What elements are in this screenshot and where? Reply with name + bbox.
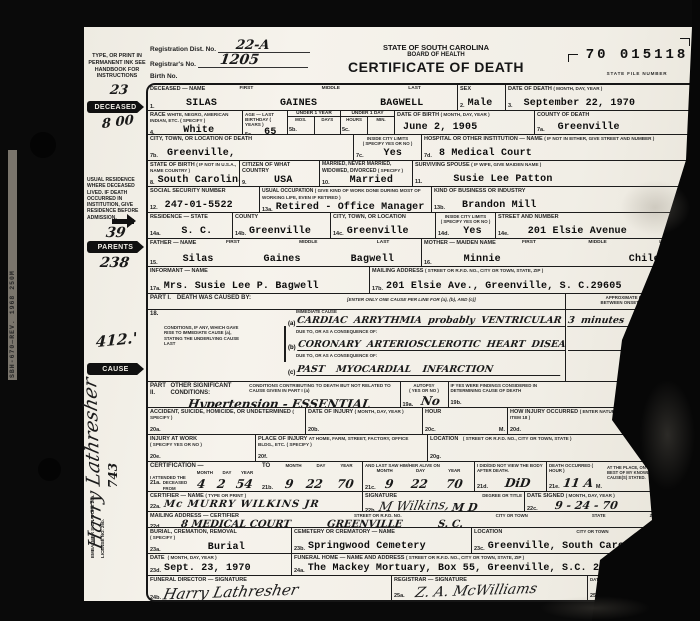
field-occupation: USUAL OCCUPATION ( GIVE KIND OF WORK DON… — [260, 187, 432, 212]
part1-header: PART I. DEATH WAS CAUSED BY: [ENTER ONLY… — [148, 294, 565, 309]
injury-location-sub: ( STREET OR R.F.D. NO., CITY OR TOWN, ST… — [463, 436, 572, 441]
field-cemetery: CEMETERY OR CREMATORY — NAME 23b.Springw… — [292, 528, 472, 553]
film-edge-code: SBH-670—REV. 1968 250M — [8, 150, 17, 380]
field-num: 10. — [322, 180, 330, 186]
occupation-label: USUAL OCCUPATION — [262, 188, 313, 194]
field-burial-type: BURIAL, CREMATION, REMOVAL( SPECIFY ) 23… — [148, 528, 292, 553]
license-number-label: LICENSE NO. 26b. — [100, 500, 105, 558]
to-label: TO — [262, 463, 278, 470]
punch-hole-icon — [30, 132, 56, 158]
autopsy-label: AUTOPSY — [413, 383, 434, 388]
hospital-sub: ( IF NOT IN EITHER, GIVE STREET AND NUMB… — [544, 136, 654, 141]
accident-label: ACCIDENT, SUICIDE, HOMICIDE, OR UNDETERM… — [150, 409, 291, 415]
certification-heading: CERTIFICATION — — [150, 463, 258, 470]
field-under-1-day: UNDER 1 DAY HOURS5c. MIN. — [341, 111, 395, 134]
degree-value: M D — [451, 501, 478, 511]
field-marital-status: MARRIED, NEVER MARRIED, WIDOWED, DIVORCE… — [320, 161, 413, 186]
residence-limits-sub: ( SPECIFY YES OR NO ) — [441, 219, 491, 224]
field-autopsy: AUTOPSY( YES OR NO ) 19a.No — [401, 382, 449, 407]
attended-label-2: DECEASED FROM — [163, 480, 192, 491]
dob-value: June 2, 1905 — [403, 122, 477, 133]
funeral-home-label: FUNERAL HOME — NAME AND ADDRESS — [294, 555, 404, 561]
race-value: White — [183, 125, 214, 134]
cemetery-value: Springwood Cemetery — [308, 541, 426, 552]
field-num: 22a. — [150, 504, 161, 510]
last-saw-year: 70 — [445, 477, 464, 491]
row-parents: FATHER — NAME FIRST MIDDLE LAST 15. Sila… — [148, 239, 700, 267]
field-injury-date: DATE OF INJURY ( MONTH, DAY, YEAR ) 20b. — [306, 408, 423, 434]
cause-line-a: (a) CARDIAC ARRYTHMIA probably VENTRICUL… — [288, 313, 561, 327]
field-attended-to: TO 21b. MONTHDAYYEAR 9 22 70 — [260, 462, 363, 491]
field-num: 4. — [150, 130, 155, 134]
field-num: 25a. — [394, 593, 405, 599]
death-occurred-value: 11 A — [562, 476, 594, 490]
certificate-sheet: TYPE, OR PRINT IN PERMANENT INK SEE HAND… — [84, 27, 700, 601]
row-race-age-birth: RACE WHITE, NEGRO, AMERICAN INDIAN, ETC.… — [148, 111, 700, 135]
certifier-signature-value: M Wilkins, — [377, 498, 451, 511]
deceased-last: BAGWELL — [380, 98, 423, 109]
autopsy-value: No — [420, 394, 441, 407]
mailing-label: MAILING ADDRESS — [372, 268, 423, 274]
field-num: 22d. — [150, 524, 161, 527]
registrar-number-value: 1205 — [219, 52, 260, 68]
burial-date-sub: ( MONTH, DAY, YEAR ) — [168, 555, 217, 560]
margin-handwritten-39: 39 — [105, 225, 127, 241]
field-num: 16. — [424, 260, 432, 266]
hospital-value: 8 Medical Court — [439, 148, 532, 159]
injury-date-label: DATE OF INJURY — [308, 409, 353, 415]
cause-conditions-column: 18. CONDITIONS, IF ANY, WHICH GAVE RISE … — [148, 310, 286, 381]
days-label: DAYS — [321, 117, 333, 122]
deceased-tab: DECEASED — [87, 101, 144, 113]
field-residence-city: CITY, TOWN, OR LOCATION 14c.Greenville — [331, 213, 436, 238]
spouse-sub: ( IF WIFE, GIVE MAIDEN NAME ) — [471, 162, 541, 167]
row-ssn-occupation: SOCIAL SECURITY NUMBER 12.247-01-5522 US… — [148, 187, 700, 213]
father-middle: Gaines — [264, 254, 301, 265]
row-deceased-name: DECEASED — NAME FIRST MIDDLE LAST 1. SIL… — [148, 85, 700, 111]
deceased-first: SILAS — [186, 98, 217, 109]
row-part1-header: PART I. DEATH WAS CAUSED BY: [ENTER ONLY… — [148, 294, 700, 310]
birth-number-label: Birth No. — [150, 73, 177, 80]
burial-date-value: Sept. 23, 1970 — [164, 563, 251, 574]
father-first: Silas — [183, 254, 214, 265]
state-of-birth-value: South Carolina — [158, 175, 240, 186]
certifier-mailing-state: S. C. — [437, 519, 464, 527]
field-father-name: FATHER — NAME FIRST MIDDLE LAST 15. Sila… — [148, 239, 422, 266]
spouse-value: Susie Lee Patton — [453, 174, 552, 185]
field-num: 5a. — [245, 132, 253, 134]
cause-c-value: PAST MYOCARDIAL INFARCTION — [297, 364, 562, 376]
field-num: 21e. — [549, 484, 560, 490]
attended-to-year: 70 — [336, 477, 355, 491]
mailing-sub: ( STREET OR R.F.D. NO., CITY OR TOWN, ST… — [425, 268, 543, 273]
field-num: 21c. — [365, 485, 376, 491]
marital-value: Married — [350, 175, 393, 186]
residence-street-value: 201 Elsie Avenue — [528, 226, 627, 237]
field-num: 14d. — [438, 231, 449, 237]
field-num: 20c. — [425, 427, 436, 433]
field-citizen: CITIZEN OF WHAT COUNTRY 9.USA — [240, 161, 320, 186]
margin-handwritten-800: 8 00 — [102, 113, 134, 132]
field-num: 23d. — [150, 568, 161, 574]
death-certificate-form: DECEASED — NAME FIRST MIDDLE LAST 1. SIL… — [146, 83, 700, 602]
residence-city-value: Greenville — [347, 226, 409, 237]
field-injury-hour: HOUR 20c.M. — [423, 408, 508, 434]
age-label: AGE — LAST BIRTHDAY ( YEARS ) — [245, 112, 285, 127]
cause-line-c: (c) PAST MYOCARDIAL INFARCTION — [288, 362, 561, 376]
field-num: 14e. — [498, 231, 509, 237]
mother-first: Minnie — [464, 254, 501, 265]
field-num: 14c. — [333, 231, 344, 237]
occupation-value: Retired - Office Manager — [276, 202, 425, 213]
field-num: 13a. — [262, 207, 273, 213]
industry-value: Brandon Mill — [462, 200, 536, 211]
mos-label: MOS. — [295, 117, 306, 122]
field-surviving-spouse: SURVIVING SPOUSE ( IF WIFE, GIVE MAIDEN … — [413, 161, 700, 186]
field-num: 9. — [242, 180, 247, 186]
certifier-name-sub: ( TYPE OR PRINT ) — [205, 493, 246, 498]
attended-to-month: 9 — [284, 477, 294, 491]
registration-district-value: 22-A — [235, 38, 271, 53]
attended-from-day: 2 — [216, 477, 226, 491]
field-industry: KIND OF BUSINESS OR INDUSTRY 13b.Brandon… — [432, 187, 700, 212]
county-value: Greenville — [558, 122, 620, 133]
field-num: 14a. — [150, 231, 161, 237]
burial-type-label: BURIAL, CREMATION, REMOVAL — [150, 529, 237, 535]
field-place-of-injury: PLACE OF INJURY AT HOME, FARM, STREET, F… — [256, 435, 428, 461]
margin-handwritten-238: 238 — [99, 255, 130, 271]
dod-value: September 22, 1970 — [524, 98, 636, 109]
field-num: 20e. — [150, 454, 161, 460]
print-instructions: TYPE, OR PRINT IN PERMANENT INK SEE HAND… — [88, 53, 146, 80]
field-ssn: SOCIAL SECURITY NUMBER 12.247-01-5522 — [148, 187, 260, 212]
part2-title: OTHER SIGNIFICANT CONDITIONS: — [170, 383, 245, 397]
field-num: 24a. — [294, 568, 305, 574]
registrar-number-label: Registrar's No. — [150, 61, 196, 68]
attended-to-day: 22 — [305, 477, 324, 491]
field-certifier-mailing: MAILING ADDRESS — CERTIFIER STREET OR R.… — [148, 512, 700, 527]
burial-type-value: Burial — [208, 542, 245, 553]
how-injury-label: HOW INJURY OCCURRED — [510, 409, 578, 415]
registration-district-label: Registration Dist. No. — [150, 46, 216, 53]
funeral-director-value: Harry Lathresher — [162, 581, 301, 600]
field-num: 20a. — [150, 427, 161, 433]
field-residence-state: RESIDENCE — STATE 14a.S. C. — [148, 213, 233, 238]
deceased-middle: GAINES — [280, 98, 317, 109]
certifier-mailing-street: 8 MEDICAL COURT — [180, 519, 291, 527]
row-certifier: CERTIFIER — NAME ( TYPE OR PRINT ) 22a.M… — [148, 492, 700, 512]
spouse-label: SURVIVING SPOUSE — [415, 162, 470, 168]
age-value: 65 — [264, 127, 276, 134]
part2-note: CONDITIONS CONTRIBUTING TO DEATH BUT NOT… — [249, 383, 397, 393]
title-state: STATE OF SOUTH CAROLINA — [336, 43, 536, 52]
certifier-mailing-city: GREENVILLE — [326, 519, 403, 527]
hour-m-label: M. — [499, 427, 505, 433]
mailing-value: 201 Elsie Ave., Greenville, S. C.29605 — [386, 281, 622, 292]
viewed-body-label: I DID/DID NOT VIEW THE BODY AFTER DEATH. — [477, 463, 544, 474]
viewed-body-value: DiD — [504, 476, 531, 490]
limits-sub: ( SPECIFY YES OR NO ) — [363, 141, 413, 146]
field-sex: SEX 2.Male — [458, 85, 506, 110]
field-num: 5b. — [288, 127, 314, 134]
informant-value: Mrs. Susie Lee P. Bagwell — [164, 281, 319, 292]
injury-location-label: LOCATION — [430, 436, 458, 442]
field-num: 7d. — [424, 153, 432, 159]
field-attended-from: CERTIFICATION — I ATTENDED THE 21a.DECEA… — [148, 462, 260, 491]
parents-tab: PARENTS — [87, 241, 144, 253]
field-num: 12. — [150, 205, 158, 211]
burial-type-sub: ( SPECIFY ) — [150, 535, 175, 540]
field-registrar-signature: REGISTRAR — SIGNATURE 25a.Z. A. McWillia… — [392, 576, 588, 600]
limits-label: INSIDE CITY LIMITS — [367, 136, 408, 141]
embalmer-license-value: 743 — [106, 438, 120, 488]
funeral-home-sub: ( STREET OR R.F.D. NO., CITY OR TOWN, ST… — [406, 555, 524, 560]
due-to-label: DUE TO, OR AS A CONSEQUENCE OF: — [296, 329, 377, 334]
field-num: 7b. — [150, 153, 158, 159]
crop-mark-right-icon — [680, 38, 690, 46]
field-certifier-name: CERTIFIER — NAME ( TYPE OR PRINT ) 22a.M… — [148, 492, 363, 511]
row-cause-of-death: 18. CONDITIONS, IF ANY, WHICH GAVE RISE … — [148, 310, 700, 382]
field-date-of-birth: DATE OF BIRTH ( MONTH, DAY, YEAR ) June … — [395, 111, 535, 134]
title-board: BOARD OF HEALTH — [336, 52, 536, 58]
state-file-number-caption: STATE FILE NUMBER — [552, 71, 700, 76]
field-num: 15. — [150, 260, 158, 266]
row-informant: INFORMANT — NAME 17a.Mrs. Susie Lee P. B… — [148, 267, 700, 294]
field-num: 17a. — [150, 286, 161, 292]
field-inside-city-limits: INSIDE CITY LIMITS( SPECIFY YES OR NO ) … — [354, 135, 422, 160]
field-num: 24b. — [150, 595, 161, 600]
row-place-of-death: CITY, TOWN, OR LOCATION OF DEATH 7b.Gree… — [148, 135, 700, 161]
funeral-home-value: The Mackey Mortuary, Box 55, Greenville,… — [308, 563, 624, 574]
attended-from-month: 4 — [196, 477, 206, 491]
registrar-value: Z. A. McWilliams — [414, 581, 539, 600]
injury-at-work-label: INJURY AT WORK — [150, 436, 197, 442]
citizen-value: USA — [274, 175, 293, 186]
dod-label: DATE OF DEATH — [508, 86, 552, 92]
title-main: CERTIFICATE OF DEATH — [336, 59, 536, 75]
field-num: 5c. — [341, 127, 367, 134]
field-deceased-name: DECEASED — NAME FIRST MIDDLE LAST 1. SIL… — [148, 85, 458, 110]
row-certification: CERTIFICATION — I ATTENDED THE 21a.DECEA… — [148, 462, 700, 492]
field-county-of-death: COUNTY OF DEATH 7a.Greenville — [535, 111, 700, 134]
hour-m-label: M. — [596, 484, 602, 490]
field-num: 20d. — [510, 427, 521, 433]
attended-from-year: 54 — [235, 477, 254, 491]
row-residence: RESIDENCE — STATE 14a.S. C. COUNTY 14b.G… — [148, 213, 700, 239]
field-num: 2. — [460, 103, 465, 109]
field-race: RACE WHITE, NEGRO, AMERICAN INDIAN, ETC.… — [148, 111, 243, 134]
margin-handwritten-23: 23 — [109, 83, 129, 98]
field-num: 18. — [150, 311, 284, 317]
findings-label: IF YES WERE FINDINGS CONSIDERED IN DETER… — [451, 383, 541, 394]
license-label-num: 26b. — [100, 519, 105, 528]
field-age: AGE — LAST BIRTHDAY ( YEARS ) 5a.65 — [243, 111, 288, 134]
part2-conditions: PART II. OTHER SIGNIFICANT CONDITIONS: C… — [148, 382, 401, 407]
place-of-injury-label: PLACE OF INJURY — [258, 436, 307, 442]
sex-value: Male — [468, 98, 493, 109]
field-accident: ACCIDENT, SUICIDE, HOMICIDE, OR UNDETERM… — [148, 408, 306, 434]
row-birth-citizen-marital: STATE OF BIRTH ( IF NOT IN U.S.A., NAME … — [148, 161, 700, 187]
crop-mark-left-icon — [568, 54, 578, 62]
part1-caused-by-label: DEATH WAS CAUSED BY: — [177, 295, 251, 302]
hours-label: HOURS — [346, 117, 362, 122]
citizen-label: CITIZEN OF WHAT COUNTRY — [242, 162, 317, 175]
field-num: 3. — [508, 103, 513, 109]
field-num: 17b. — [372, 286, 383, 292]
date-signed-value: 9 - 24 - 70 — [554, 499, 619, 511]
cause-b-value: CORONARY ARTERIOSCLEROTIC HEART DISEASE … — [297, 339, 565, 351]
father-last: Bagwell — [351, 254, 394, 265]
certifier-name-value: Mc MURRY WILKINS JR — [163, 499, 320, 510]
residence-limits-label: INSIDE CITY LIMITS — [445, 214, 486, 219]
min-label: MIN. — [376, 117, 385, 122]
cause-b-prefix: (b) — [288, 345, 296, 351]
city-of-death-value: Greenville, — [167, 148, 235, 159]
row-injury-place: INJURY AT WORK( SPECIFY YES OR NO ) 20e.… — [148, 435, 700, 462]
field-under-1-year: UNDER 1 YEAR MOS.5b. DAYS — [288, 111, 341, 134]
field-informant: INFORMANT — NAME 17a.Mrs. Susie Lee P. B… — [148, 267, 370, 293]
injury-date-sub: ( MONTH, DAY, YEAR ) — [355, 409, 404, 414]
embalmer-signature-label: EMBALMER SIGNATURE 26a. — [90, 492, 95, 558]
residence-limits-value: Yes — [463, 226, 482, 237]
field-last-saw-alive: AND LAST SAW HIM/HER ALIVE ON MONTHDAYYE… — [363, 462, 475, 491]
cause-c-prefix: (c) — [288, 370, 295, 376]
part1-note: [ENTER ONLY ONE CAUSE PER LINE FOR (a), … — [347, 297, 476, 302]
part2-value: Hypertension - ESSENTIAL — [187, 397, 398, 407]
right-arrow-icon — [112, 219, 134, 224]
field-num: 14b. — [235, 231, 246, 237]
last-saw-day: 22 — [410, 477, 429, 491]
hospital-label: HOSPITAL OR OTHER INSTITUTION — NAME — [424, 136, 543, 142]
burial-date-label: DATE — [150, 555, 165, 561]
embalmer-label-text: EMBALMER SIGNATURE — [90, 505, 95, 558]
field-hospital: HOSPITAL OR OTHER INSTITUTION — NAME ( I… — [422, 135, 700, 160]
part1-label: PART I. — [150, 295, 171, 302]
cause-a-value: CARDIAC ARRYTHMIA probably VENTRICULAR F… — [297, 315, 565, 327]
field-injury-at-work: INJURY AT WORK( SPECIFY YES OR NO ) 20e. — [148, 435, 256, 461]
field-num: 21b. — [262, 485, 278, 491]
field-date-of-death: DATE OF DEATH ( MONTH, DAY, YEAR ) 3.Sep… — [506, 85, 700, 110]
cause-line-b: (b) CORONARY ARTERIOSCLEROTIC HEART DISE… — [288, 337, 561, 351]
field-num: 23a. — [150, 547, 161, 553]
registrar-number-line: Registrar's No. 1205 — [150, 56, 308, 68]
cause-lines-column: IMMEDIATE CAUSE (a) CARDIAC ARRYTHMIA pr… — [286, 310, 565, 381]
last-saw-month: 9 — [384, 477, 394, 491]
dob-sub: ( MONTH, DAY, YEAR ) — [441, 112, 490, 117]
field-funeral-director-signature: FUNERAL DIRECTOR — SIGNATURE 24b.Harry L… — [148, 576, 392, 600]
residence-county-value: Greenville — [249, 226, 311, 237]
conditions-note: CONDITIONS, IF ANY, WHICH GAVE RISE TO I… — [164, 325, 244, 346]
field-num: 19a. — [403, 402, 414, 407]
field-viewed-body: I DID/DID NOT VIEW THE BODY AFTER DEATH.… — [475, 462, 547, 491]
field-num: 20g. — [430, 454, 441, 460]
due-to-label: DUE TO, OR AS A CONSEQUENCE OF: — [296, 353, 377, 358]
cause-a-prefix: (a) — [288, 321, 295, 327]
death-occurred-label: DEATH OCCURRED — [549, 463, 590, 468]
ssn-value: 247-01-5522 — [165, 200, 233, 211]
field-residence-limits: INSIDE CITY LIMITS( SPECIFY YES OR NO ) … — [436, 213, 496, 238]
date-signed-sub: ( MONTH, DAY, YEAR ) — [566, 493, 615, 498]
field-num: 23c. — [474, 546, 485, 552]
field-burial-date: DATE ( MONTH, DAY, YEAR ) 23d.Sept. 23, … — [148, 554, 292, 575]
field-num: 19b. — [451, 400, 462, 406]
field-state-of-birth: STATE OF BIRTH ( IF NOT IN U.S.A., NAME … — [148, 161, 240, 186]
field-num: 21d. — [477, 484, 488, 490]
autopsy-sub: ( YES OR NO ) — [409, 388, 439, 393]
license-label-text: LICENSE NO. — [100, 529, 105, 558]
field-num: 23b. — [294, 546, 305, 552]
field-num: 20f. — [258, 454, 267, 460]
row-certifier-mailing: MAILING ADDRESS — CERTIFIER STREET OR R.… — [148, 512, 700, 528]
field-num: 22b. — [365, 508, 376, 511]
state-of-birth-label: STATE OF BIRTH — [150, 162, 195, 168]
residence-state-value: S. C. — [181, 226, 212, 237]
field-num: 20b. — [308, 427, 319, 433]
marital-sub: ( SPECIFY ) — [378, 168, 403, 173]
dob-label: DATE OF BIRTH — [397, 112, 439, 118]
field-num: 21a. — [150, 480, 161, 491]
field-num: 13b. — [434, 205, 445, 211]
certificate-title-block: STATE OF SOUTH CAROLINA BOARD OF HEALTH … — [336, 43, 536, 75]
limits-value: Yes — [384, 148, 403, 159]
field-city-of-death: CITY, TOWN, OR LOCATION OF DEATH 7b.Gree… — [148, 135, 354, 160]
injury-at-work-sub: ( SPECIFY YES OR NO ) — [150, 442, 202, 447]
field-num: 8. — [150, 180, 155, 186]
field-residence-county: COUNTY 14b.Greenville — [233, 213, 331, 238]
punch-hole-icon — [38, 458, 61, 481]
field-num: 11. — [415, 179, 422, 185]
field-num: 7a. — [537, 127, 545, 133]
race-label: RACE — [150, 112, 166, 118]
dod-sub: ( MONTH, DAY, YEAR ) — [553, 86, 602, 91]
field-num: 7c. — [356, 153, 364, 159]
field-certifier-signature: SIGNATUREDEGREE OR TITLE 22b.M Wilkins,M… — [363, 492, 525, 511]
embalmer-label-num: 26a. — [90, 495, 95, 504]
microfilm-scan: SBH-670—REV. 1968 250M TYPE, OR PRINT IN… — [0, 0, 700, 621]
part2-label: PART II. — [150, 383, 166, 397]
field-num: 22c. — [527, 506, 538, 511]
